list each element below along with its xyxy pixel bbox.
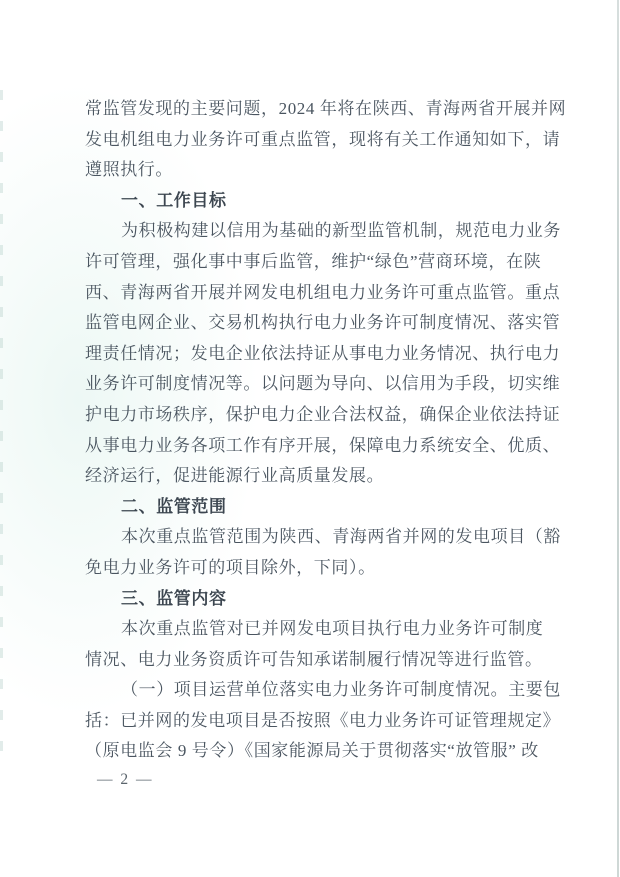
text-line: 发电机组电力业务许可重点监管，现将有关工作通知如下，请 bbox=[85, 125, 555, 156]
text-line: 经济运行，促进能源行业高质量发展。 bbox=[85, 461, 555, 492]
text-line: （原电监会 9 号令）《国家能源局关于贯彻落实“放管服” 改 bbox=[85, 736, 555, 767]
text-line: 护电力市场秩序，保护电力企业合法权益，确保企业依法持证 bbox=[85, 400, 555, 431]
text-line: 遵照执行。 bbox=[85, 155, 555, 186]
page-number: — 2 — bbox=[97, 770, 154, 790]
text-line: 理责任情况；发电企业依法持证从事电力业务情况、执行电力 bbox=[85, 339, 555, 370]
text-line: 免电力业务许可的项目除外，下同）。 bbox=[85, 553, 555, 584]
section-heading: 二、监管范围 bbox=[85, 492, 555, 523]
scan-edge-artifact-right bbox=[617, 0, 619, 877]
text-line: 许可管理，强化事中事后监管，维护“绿色”营商环境，在陕 bbox=[85, 247, 555, 278]
section-heading: 一、工作目标 bbox=[85, 186, 555, 217]
text-line: 为积极构建以信用为基础的新型监管机制，规范电力业务 bbox=[85, 216, 555, 247]
text-line: 本次重点监管对已并网发电项目执行电力业务许可制度 bbox=[85, 614, 555, 645]
text-line: （一）项目运营单位落实电力业务许可制度情况。主要包 bbox=[85, 675, 555, 706]
section-heading: 三、监管内容 bbox=[85, 584, 555, 615]
text-line: 监管电网企业、交易机构执行电力业务许可制度情况、落实管 bbox=[85, 308, 555, 339]
document-body: 常监管发现的主要问题，2024 年将在陕西、青海两省开展并网发电机组电力业务许可… bbox=[85, 94, 555, 767]
text-line: 常监管发现的主要问题，2024 年将在陕西、青海两省开展并网 bbox=[85, 94, 555, 125]
text-line: 西、青海两省开展并网发电机组电力业务许可重点监管。重点 bbox=[85, 278, 555, 309]
text-line: 情况、电力业务资质许可告知承诺制履行情况等进行监管。 bbox=[85, 645, 555, 676]
scan-edge-artifact-left bbox=[0, 90, 3, 770]
text-line: 本次重点监管范围为陕西、青海两省并网的发电项目（豁 bbox=[85, 522, 555, 553]
text-line: 从事电力业务各项工作有序开展，保障电力系统安全、优质、 bbox=[85, 431, 555, 462]
text-line: 括：已并网的发电项目是否按照《电力业务许可证管理规定》 bbox=[85, 706, 555, 737]
scanned-document-page: 常监管发现的主要问题，2024 年将在陕西、青海两省开展并网发电机组电力业务许可… bbox=[0, 0, 620, 877]
text-line: 业务许可制度情况等。以问题为导向、以信用为手段，切实维 bbox=[85, 369, 555, 400]
